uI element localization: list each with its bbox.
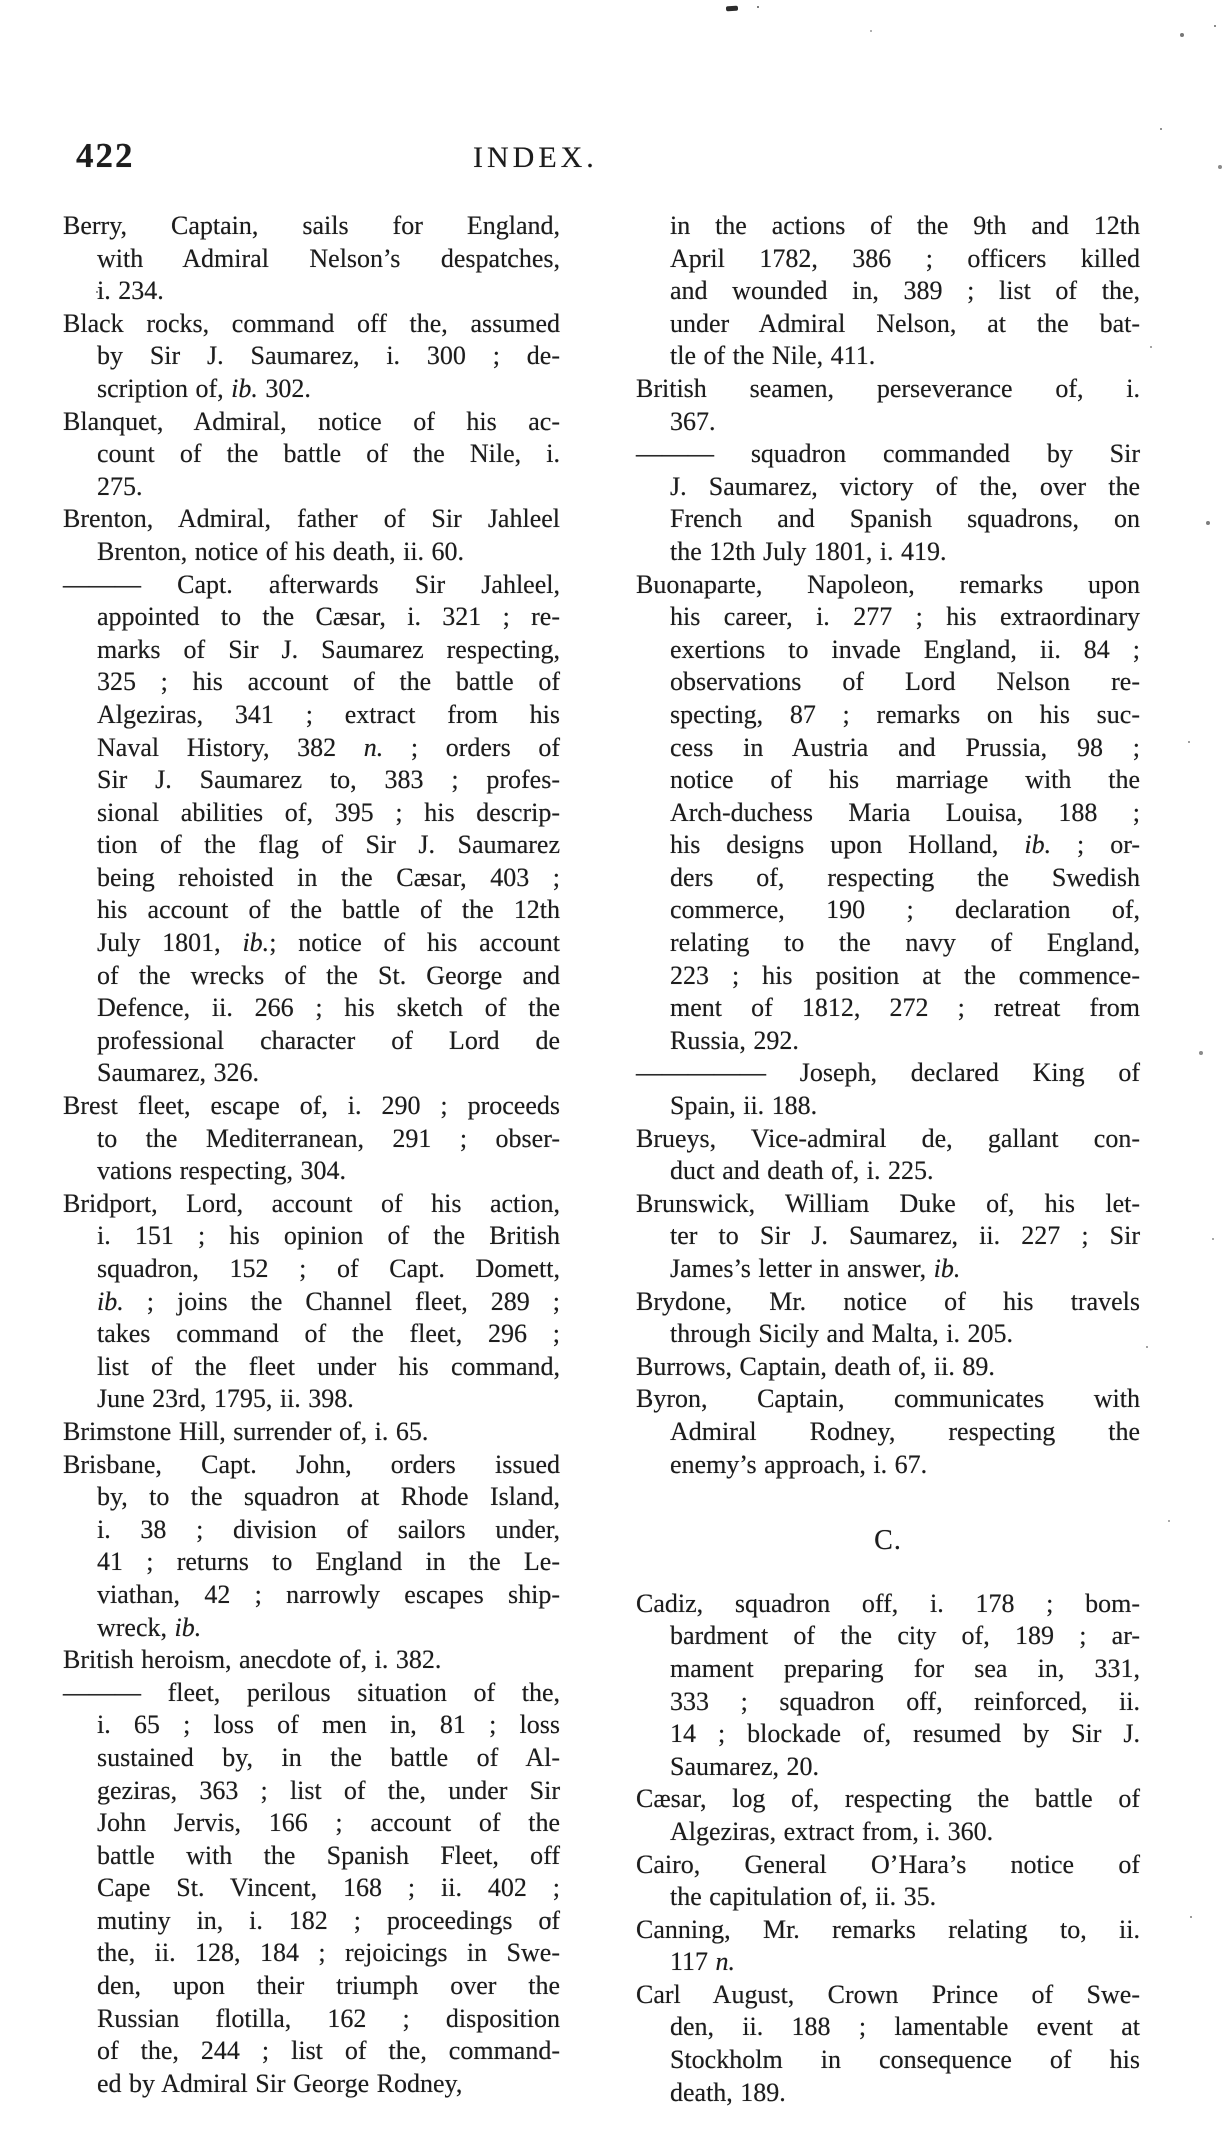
entry-line: i. 38 ; division of sailors under,	[97, 1514, 560, 1547]
entry-line: Brimstone Hill, surrender of, i. 65.	[63, 1416, 560, 1449]
entry-line: Buonaparte, Napoleon, remarks upon	[636, 569, 1140, 602]
entry-line: Algeziras, extract from, i. 360.	[670, 1816, 1140, 1849]
scanned-book-page: 422 INDEX. Berry, Captain, sails for Eng…	[0, 0, 1231, 2149]
index-entry: ——— Capt. afterwards Sir Jahleel,appoint…	[63, 569, 560, 1091]
entry-line: ——— squadron commanded by Sir	[636, 438, 1140, 471]
section-heading: C.	[636, 1525, 1140, 1558]
index-entry: Brisbane, Capt. John, orders issuedby, t…	[63, 1449, 560, 1645]
entry-line: Algeziras, 341 ; extract from his	[97, 699, 560, 732]
entry-line: 41 ; returns to England in the Le-	[97, 1546, 560, 1579]
entry-line: in the actions of the 9th and 12th	[670, 210, 1140, 243]
entry-line: Black rocks, command off the, assumed	[63, 308, 560, 341]
entry-line: sional abilities of, 395 ; his descrip-	[97, 797, 560, 830]
entry-line: Brydone, Mr. notice of his travels	[636, 1286, 1140, 1319]
entry-line: geziras, 363 ; list of the, under Sir	[97, 1775, 560, 1808]
entry-line: Sir J. Saumarez to, 383 ; profes-	[97, 764, 560, 797]
index-entry: Brueys, Vice-admiral de, gallant con-duc…	[636, 1123, 1140, 1188]
entry-line: the, ii. 128, 184 ; rejoicings in Swe-	[97, 1937, 560, 1970]
entry-line: the 12th July 1801, i. 419.	[670, 536, 1140, 569]
entry-line: Stockholm in consequence of his	[670, 2044, 1140, 2077]
entry-line: Burrows, Captain, death of, ii. 89.	[636, 1351, 1140, 1384]
entry-line: of the wrecks of the St. George and	[97, 960, 560, 993]
entry-line: Russian flotilla, 162 ; disposition	[97, 2003, 560, 2036]
index-entry: Brydone, Mr. notice of his travelsthroug…	[636, 1286, 1140, 1351]
entry-line: professional character of Lord de	[97, 1025, 560, 1058]
entry-line: Defence, ii. 266 ; his sketch of the	[97, 992, 560, 1025]
entry-line: tle of the Nile, 411.	[670, 340, 1140, 373]
entry-line: July 1801, ib.; notice of his account	[97, 927, 560, 960]
entry-line: 367.	[670, 406, 1140, 439]
entry-line: ——— fleet, perilous situation of the,	[63, 1677, 560, 1710]
entry-line: his account of the battle of the 12th	[97, 894, 560, 927]
entry-line: Bridport, Lord, account of his action,	[63, 1188, 560, 1221]
entry-line: Brunswick, William Duke of, his let-	[636, 1188, 1140, 1221]
entry-line: 14 ; blockade of, resumed by Sir J.	[670, 1718, 1140, 1751]
entry-line: relating to the navy of England,	[670, 927, 1140, 960]
entry-line: 223 ; his position at the commence-	[670, 960, 1140, 993]
entry-line: Brest fleet, escape of, i. 290 ; proceed…	[63, 1090, 560, 1123]
entry-line: exertions to invade England, ii. 84 ;	[670, 634, 1140, 667]
entry-line: wreck, ib.	[97, 1612, 560, 1645]
entry-line: duct and death of, i. 225.	[670, 1155, 1140, 1188]
entry-line: his career, i. 277 ; his extraordinary	[670, 601, 1140, 634]
entry-line: 333 ; squadron off, reinforced, ii.	[670, 1686, 1140, 1719]
index-entry: Brenton, Admiral, father of Sir JahleelB…	[63, 503, 560, 568]
index-entry: British heroism, anecdote of, i. 382.	[63, 1644, 560, 1677]
entry-line: appointed to the Cæsar, i. 321 ; re-	[97, 601, 560, 634]
entry-line: ter to Sir J. Saumarez, ii. 227 ; Sir	[670, 1220, 1140, 1253]
entry-line: den, ii. 188 ; lamentable event at	[670, 2011, 1140, 2044]
entry-line: by, to the squadron at Rhode Island,	[97, 1481, 560, 1514]
index-entry: Berry, Captain, sails for England,with A…	[63, 210, 560, 308]
entry-line: specting, 87 ; remarks on his suc-	[670, 699, 1140, 732]
entry-line: bardment of the city of, 189 ; ar-	[670, 1620, 1140, 1653]
entry-line: vations respecting, 304.	[97, 1155, 560, 1188]
entry-line: i. 65 ; loss of men in, 81 ; loss	[97, 1709, 560, 1742]
entry-line: Brisbane, Capt. John, orders issued	[63, 1449, 560, 1482]
entry-line: Spain, ii. 188.	[670, 1090, 1140, 1123]
entry-line: to the Mediterranean, 291 ; obser-	[97, 1123, 560, 1156]
index-entry: in the actions of the 9th and 12thApril …	[636, 210, 1140, 373]
entry-line: J. Saumarez, victory of the, over the	[670, 471, 1140, 504]
entry-line: Cape St. Vincent, 168 ; ii. 402 ;	[97, 1872, 560, 1905]
entry-line: James’s letter in answer, ib.	[670, 1253, 1140, 1286]
index-entry: Byron, Captain, communicates withAdmiral…	[636, 1383, 1140, 1481]
entry-line: 117 n.	[670, 1946, 1140, 1979]
entry-line: Saumarez, 326.	[97, 1057, 560, 1090]
entry-line: British heroism, anecdote of, i. 382.	[63, 1644, 560, 1677]
index-entry: ——— fleet, perilous situation of the,i. …	[63, 1677, 560, 2101]
entry-line: i. 234.	[97, 275, 560, 308]
entry-line: Cadiz, squadron off, i. 178 ; bom-	[636, 1588, 1140, 1621]
entry-line: Brueys, Vice-admiral de, gallant con-	[636, 1123, 1140, 1156]
entry-line: Byron, Captain, communicates with	[636, 1383, 1140, 1416]
entry-line: Blanquet, Admiral, notice of his ac-	[63, 406, 560, 439]
index-entry: Buonaparte, Napoleon, remarks uponhis ca…	[636, 569, 1140, 1058]
entry-line: Brenton, Admiral, father of Sir Jahleel	[63, 503, 560, 536]
index-entry: Black rocks, command off the, assumedby …	[63, 308, 560, 406]
entry-line: commerce, 190 ; declaration of,	[670, 894, 1140, 927]
entry-line: Carl August, Crown Prince of Swe-	[636, 1979, 1140, 2012]
index-entry: Bridport, Lord, account of his action,i.…	[63, 1188, 560, 1416]
index-entry: Blanquet, Admiral, notice of his ac-coun…	[63, 406, 560, 504]
entry-line: count of the battle of the Nile, i.	[97, 438, 560, 471]
index-entry: Cæsar, log of, respecting the battle ofA…	[636, 1783, 1140, 1848]
page-number: 422	[76, 138, 135, 174]
entry-line: squadron, 152 ; of Capt. Domett,	[97, 1253, 560, 1286]
entry-line: by Sir J. Saumarez, i. 300 ; de-	[97, 340, 560, 373]
entry-line: June 23rd, 1795, ii. 398.	[97, 1383, 560, 1416]
index-entry: Canning, Mr. remarks relating to, ii.117…	[636, 1914, 1140, 1979]
entry-line: French and Spanish squadrons, on	[670, 503, 1140, 536]
index-entry: British seamen, perseverance of, i.367.	[636, 373, 1140, 438]
entry-line: Canning, Mr. remarks relating to, ii.	[636, 1914, 1140, 1947]
entry-line: 325 ; his account of the battle of	[97, 666, 560, 699]
entry-line: and wounded in, 389 ; list of the,	[670, 275, 1140, 308]
entry-line: tion of the flag of Sir J. Saumarez	[97, 829, 560, 862]
entry-line: under Admiral Nelson, at the bat-	[670, 308, 1140, 341]
entry-line: den, upon their triumph over the	[97, 1970, 560, 2003]
entry-line: cess in Austria and Prussia, 98 ;	[670, 732, 1140, 765]
entry-line: April 1782, 386 ; officers killed	[670, 243, 1140, 276]
entry-line: viathan, 42 ; narrowly escapes ship-	[97, 1579, 560, 1612]
page-title: INDEX.	[473, 142, 598, 174]
entry-line: list of the fleet under his command,	[97, 1351, 560, 1384]
entry-line: Arch-duchess Maria Louisa, 188 ;	[670, 797, 1140, 830]
entry-line: enemy’s approach, i. 67.	[670, 1449, 1140, 1482]
entry-line: Cæsar, log of, respecting the battle of	[636, 1783, 1140, 1816]
entry-line: British seamen, perseverance of, i.	[636, 373, 1140, 406]
entry-line: ders of, respecting the Swedish	[670, 862, 1140, 895]
entry-line: with Admiral Nelson’s despatches,	[97, 243, 560, 276]
entry-line: being rehoisted in the Cæsar, 403 ;	[97, 862, 560, 895]
entry-line: of the, 244 ; list of the, command-	[97, 2035, 560, 2068]
entry-line: his designs upon Holland, ib. ; or-	[670, 829, 1140, 862]
entry-line: Saumarez, 20.	[670, 1751, 1140, 1784]
index-entry: Carl August, Crown Prince of Swe-den, ii…	[636, 1979, 1140, 2109]
entry-line: takes command of the fleet, 296 ;	[97, 1318, 560, 1351]
scan-speckles	[0, 0, 2, 2]
entry-line: i. 151 ; his opinion of the British	[97, 1220, 560, 1253]
entry-line: marks of Sir J. Saumarez respecting,	[97, 634, 560, 667]
entry-line: mutiny in, i. 182 ; proceedings of	[97, 1905, 560, 1938]
entry-line: John Jervis, 166 ; account of the	[97, 1807, 560, 1840]
entry-line: Naval History, 382 n. ; orders of	[97, 732, 560, 765]
entry-line: observations of Lord Nelson re-	[670, 666, 1140, 699]
entry-line: mament preparing for sea in, 331,	[670, 1653, 1140, 1686]
entry-line: death, 189.	[670, 2077, 1140, 2110]
entry-line: notice of his marriage with the	[670, 764, 1140, 797]
index-entry: Cairo, General O’Hara’s notice ofthe cap…	[636, 1849, 1140, 1914]
index-entry: Burrows, Captain, death of, ii. 89.	[636, 1351, 1140, 1384]
index-entry: Brest fleet, escape of, i. 290 ; proceed…	[63, 1090, 560, 1188]
entry-line: ——— Capt. afterwards Sir Jahleel,	[63, 569, 560, 602]
ink-blot-artifact	[726, 6, 738, 12]
index-entry: ————— Joseph, declared King ofSpain, ii.…	[636, 1057, 1140, 1122]
entry-line: battle with the Spanish Fleet, off	[97, 1840, 560, 1873]
index-entry: Brimstone Hill, surrender of, i. 65.	[63, 1416, 560, 1449]
entry-line: the capitulation of, ii. 35.	[670, 1881, 1140, 1914]
entry-line: ment of 1812, 272 ; retreat from	[670, 992, 1140, 1025]
entry-line: through Sicily and Malta, i. 205.	[670, 1318, 1140, 1351]
entry-line: scription of, ib. 302.	[97, 373, 560, 406]
index-entry: Brunswick, William Duke of, his let-ter …	[636, 1188, 1140, 1286]
entry-line: sustained by, in the battle of Al-	[97, 1742, 560, 1775]
entry-line: 275.	[97, 471, 560, 504]
entry-line: Berry, Captain, sails for England,	[63, 210, 560, 243]
index-right-column: in the actions of the 9th and 12thApril …	[636, 210, 1140, 2109]
entry-line: Russia, 292.	[670, 1025, 1140, 1058]
entry-line: Brenton, notice of his death, ii. 60.	[97, 536, 560, 569]
entry-line: ib. ; joins the Channel fleet, 289 ;	[97, 1286, 560, 1319]
index-entry: Cadiz, squadron off, i. 178 ; bom-bardme…	[636, 1588, 1140, 1784]
entry-line: Admiral Rodney, respecting the	[670, 1416, 1140, 1449]
index-left-column: Berry, Captain, sails for England,with A…	[63, 210, 560, 2100]
index-entry: ——— squadron commanded by SirJ. Saumarez…	[636, 438, 1140, 568]
entry-line: Cairo, General O’Hara’s notice of	[636, 1849, 1140, 1882]
entry-line: ed by Admiral Sir George Rodney,	[97, 2068, 560, 2101]
entry-line: ————— Joseph, declared King of	[636, 1057, 1140, 1090]
